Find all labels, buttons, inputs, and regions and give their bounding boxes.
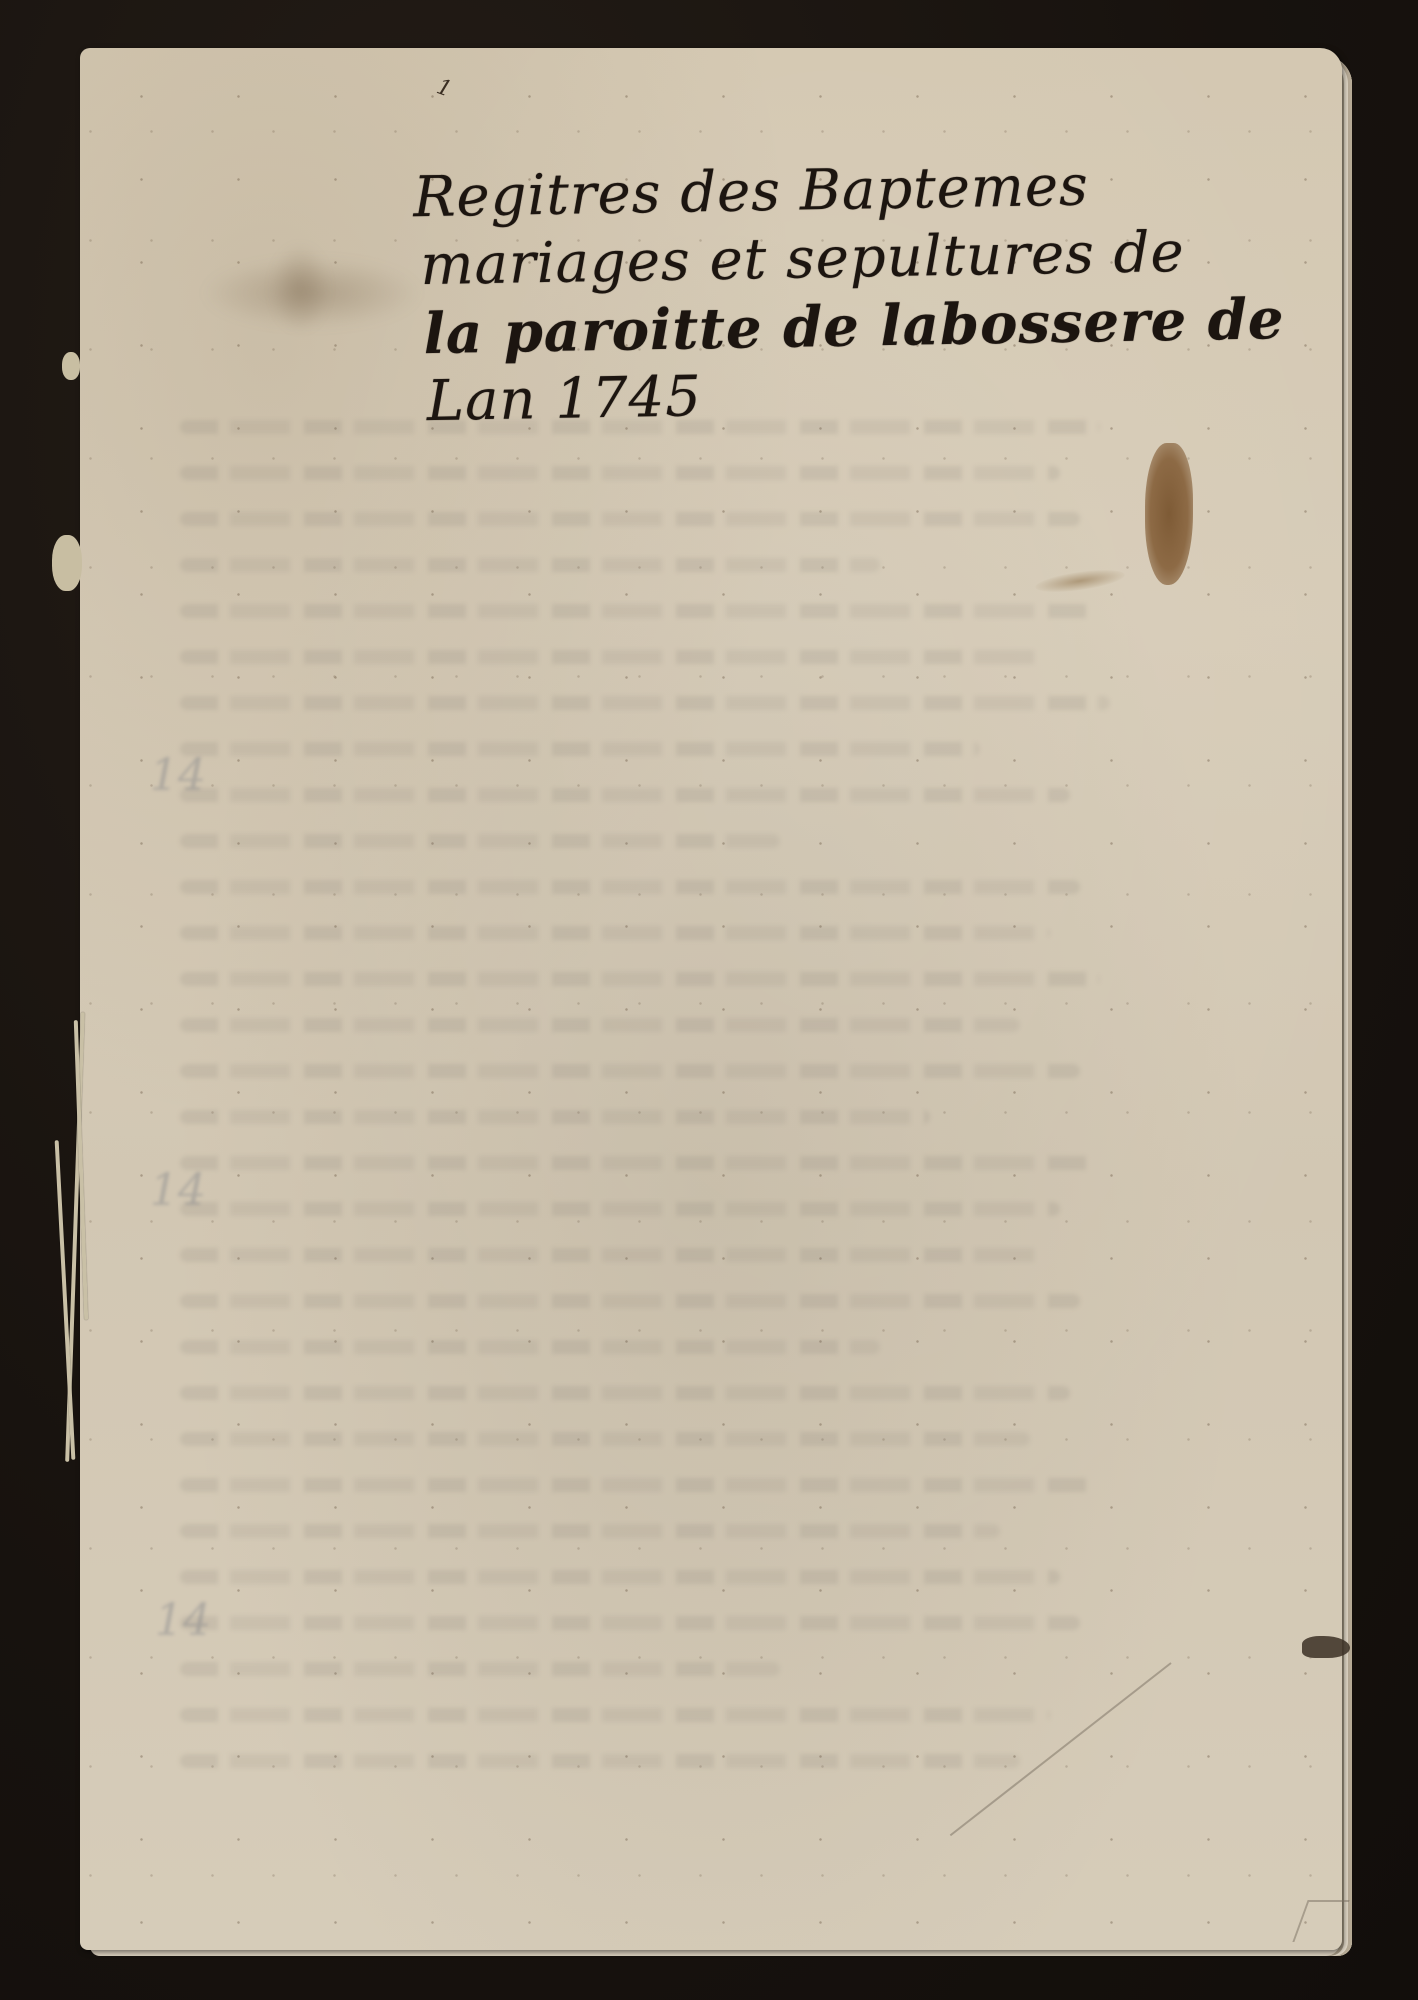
binding-knot	[62, 352, 80, 380]
bleed-line	[180, 1662, 780, 1676]
bleed-line	[180, 1386, 1070, 1400]
brown-stain	[1145, 443, 1193, 585]
bleed-line	[180, 1570, 1060, 1584]
bleed-line	[180, 1432, 1030, 1446]
ink-blot	[1302, 1636, 1350, 1658]
bleed-line	[180, 1754, 1020, 1768]
bleed-line	[180, 788, 1070, 802]
bleed-line	[180, 1294, 1080, 1308]
bleed-line	[180, 1478, 1090, 1492]
binding-knot	[52, 535, 82, 591]
bleed-line	[180, 1616, 1080, 1630]
bleed-line	[180, 466, 1060, 480]
bleed-line	[180, 1202, 1060, 1216]
margin-mark: 14	[150, 1165, 206, 1216]
bleed-line	[180, 834, 780, 848]
bleed-line	[180, 926, 1050, 940]
register-title: Regitres des Baptemes mariages et sepult…	[413, 152, 1138, 437]
bleed-line	[180, 604, 1090, 618]
title-line-2: mariages et sepultures de	[420, 220, 1135, 300]
bleed-through-text	[180, 420, 1180, 1820]
bleed-line	[180, 880, 1080, 894]
bleed-line	[180, 512, 1080, 526]
bleed-line	[180, 1708, 1050, 1722]
title-line-1: Regitres des Baptemes	[413, 152, 1134, 233]
bleed-line	[180, 972, 1100, 986]
bleed-line	[180, 1018, 1020, 1032]
bleed-line	[180, 558, 880, 572]
margin-mark: 14	[150, 750, 206, 801]
bleed-line	[180, 1156, 1090, 1170]
bleed-line	[180, 1064, 1080, 1078]
bleed-line	[180, 1248, 1040, 1262]
title-line-3: la paroitte de labossere de	[423, 288, 1136, 368]
water-stain	[270, 243, 330, 333]
bleed-line	[180, 1340, 880, 1354]
bleed-line	[180, 696, 1110, 710]
title-line-4-year: Lan 1745	[426, 356, 1137, 436]
margin-mark: 14	[155, 1595, 211, 1646]
bleed-line	[180, 650, 1040, 664]
bleed-line	[180, 742, 980, 756]
bleed-line	[180, 1110, 930, 1124]
bleed-line	[180, 1524, 1000, 1538]
